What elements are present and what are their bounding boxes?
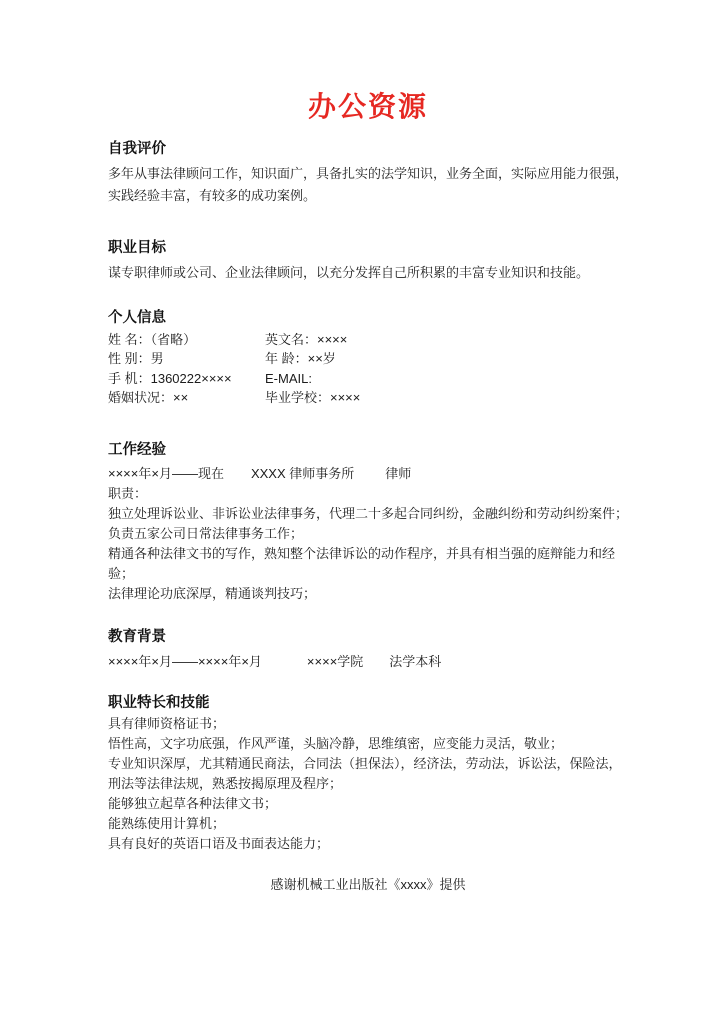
- credit-line: 感谢机械工业出版社《xxxx》提供: [108, 876, 628, 894]
- education-entry: ××××年×月——××××年×月××××学院法学本科: [108, 652, 628, 672]
- duties-list: 独立处理诉讼业、非诉讼业法律事务，代理二十多起合同纠纷，金融纠纷和劳动纠纷案件；…: [108, 504, 628, 604]
- skill-item: 专业知识深厚，尤其精通民商法，合同法（担保法），经济法，劳动法，诉讼法，保险法，…: [108, 754, 628, 794]
- info-age: 年 龄：××岁: [265, 349, 628, 369]
- work-period: ××××年×月——现在: [108, 466, 224, 481]
- document-title: 办公资源: [108, 90, 628, 124]
- duty-item: 负责五家公司日常法律事务工作；: [108, 524, 628, 544]
- self-evaluation-paragraph: 多年从事法律顾问工作，知识面广，具备扎实的法学知识，业务全面，实际应用能力很强，…: [108, 163, 628, 206]
- info-gender: 性 别：男: [108, 349, 265, 369]
- work-position: 律师: [385, 466, 411, 481]
- education-period: ××××年×月——××××年×月: [108, 654, 262, 669]
- education-school: ××××学院: [307, 654, 363, 669]
- info-name: 姓 名：（省略）: [108, 330, 265, 350]
- skill-item: 具有良好的英语口语及书面表达能力；: [108, 834, 628, 854]
- career-objective-paragraph: 谋专职律师或公司、企业法律顾问，以充分发挥自己所积累的丰富专业知识和技能。: [108, 262, 628, 284]
- info-row-name: 姓 名：（省略） 英文名：××××: [108, 330, 628, 350]
- section-work-experience: 工作经验 ××××年×月——现在XXXX 律师事务所律师 职责： 独立处理诉讼业…: [108, 443, 628, 604]
- personal-info-rows: 姓 名：（省略） 英文名：×××× 性 别：男 年 龄：××岁 手 机：1360…: [108, 330, 628, 408]
- document-page: 办公资源 自我评价 多年从事法律顾问工作，知识面广，具备扎实的法学知识，业务全面…: [0, 0, 720, 1017]
- info-marital-status: 婚姻状况：××: [108, 388, 265, 408]
- section-personal-info: 个人信息 姓 名：（省略） 英文名：×××× 性 别：男 年 龄：××岁 手 机…: [108, 311, 628, 408]
- section-heading-personal-info: 个人信息: [108, 311, 628, 326]
- section-heading-work-experience: 工作经验: [108, 443, 628, 458]
- skill-item: 具有律师资格证书；: [108, 714, 628, 734]
- skill-item: 能熟练使用计算机；: [108, 814, 628, 834]
- skills-list: 具有律师资格证书； 悟性高，文字功底强，作风严谨，头脑冷静，思维缜密，应变能力灵…: [108, 714, 628, 854]
- section-heading-skills: 职业特长和技能: [108, 696, 628, 711]
- duty-item: 法律理论功底深厚，精通谈判技巧；: [108, 584, 628, 604]
- section-heading-education: 教育背景: [108, 630, 628, 645]
- document-content: 办公资源 自我评价 多年从事法律顾问工作，知识面广，具备扎实的法学知识，业务全面…: [0, 90, 720, 894]
- duty-item: 精通各种法律文书的写作，熟知整个法律诉讼的动作程序，并具有相当强的庭辩能力和经验…: [108, 544, 628, 584]
- info-row-mobile: 手 机：1360222×××× E-MAIL:: [108, 369, 628, 389]
- work-experience-entry: ××××年×月——现在XXXX 律师事务所律师: [108, 464, 628, 484]
- section-self-evaluation: 自我评价 多年从事法律顾问工作，知识面广，具备扎实的法学知识，业务全面，实际应用…: [108, 142, 628, 206]
- section-heading-self-evaluation: 自我评价: [108, 142, 628, 157]
- duty-item: 独立处理诉讼业、非诉讼业法律事务，代理二十多起合同纠纷，金融纠纷和劳动纠纷案件；: [108, 504, 628, 524]
- work-company: XXXX 律师事务所: [251, 466, 354, 481]
- skill-item: 悟性高，文字功底强，作风严谨，头脑冷静，思维缜密，应变能力灵活，敬业；: [108, 734, 628, 754]
- info-mobile: 手 机：1360222××××: [108, 369, 265, 389]
- duties-label: 职责：: [108, 484, 628, 504]
- info-graduate-school: 毕业学校：××××: [265, 388, 628, 408]
- education-degree: 法学本科: [389, 654, 441, 669]
- info-row-gender: 性 别：男 年 龄：××岁: [108, 349, 628, 369]
- section-career-objective: 职业目标 谋专职律师或公司、企业法律顾问，以充分发挥自己所积累的丰富专业知识和技…: [108, 241, 628, 284]
- info-email: E-MAIL:: [265, 369, 628, 389]
- section-heading-career-objective: 职业目标: [108, 241, 628, 256]
- info-row-marital: 婚姻状况：×× 毕业学校：××××: [108, 388, 628, 408]
- section-skills: 职业特长和技能 具有律师资格证书； 悟性高，文字功底强，作风严谨，头脑冷静，思维…: [108, 696, 628, 854]
- section-education: 教育背景 ××××年×月——××××年×月××××学院法学本科: [108, 630, 628, 672]
- skill-item: 能够独立起草各种法律文书；: [108, 794, 628, 814]
- info-english-name: 英文名：××××: [265, 330, 628, 350]
